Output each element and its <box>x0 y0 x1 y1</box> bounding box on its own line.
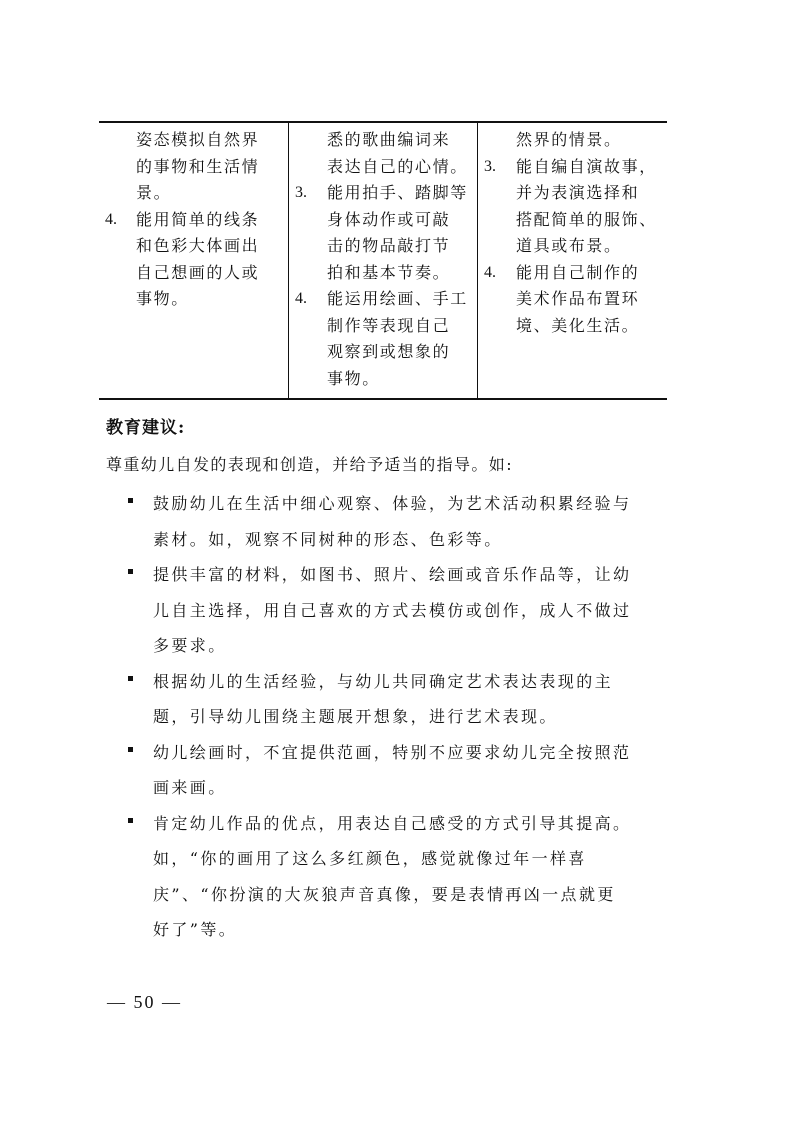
section-heading: 教育建议: <box>106 413 185 438</box>
table-line: 和色彩大体画出 <box>99 233 288 260</box>
table-line: 境、美化生活。 <box>478 313 667 340</box>
bullet-square-icon <box>128 818 133 823</box>
suggestion-list: 鼓励幼儿在生活中细心观察、体验，为艺术活动积累经验与 素材。如，观察不同树种的形… <box>106 486 676 948</box>
table-column-1: 姿态模拟自然界 的事物和生活情 景。 4.能用简单的线条 和色彩大体画出 自己想… <box>99 123 288 398</box>
table-line: 制作等表现自己 <box>289 313 477 340</box>
bullet-square-icon <box>128 498 133 503</box>
list-item: 幼儿绘画时，不宜提供范画，特别不应要求幼儿完全按照范 画来画。 <box>106 735 676 806</box>
table-column-3: 然界的情景。 3.能自编自演故事， 并为表演选择和 搭配简单的服饰、 道具或布景… <box>477 123 667 398</box>
bullet-square-icon <box>128 747 133 752</box>
table-line: 击的物品敲打节 <box>289 233 477 260</box>
section-intro: 尊重幼儿自发的表现和创造，并给予适当的指导。如: <box>106 452 513 475</box>
table-line: 自己想画的人或 <box>99 260 288 287</box>
table-line: 表达自己的心情。 <box>289 154 477 181</box>
table-line: 然界的情景。 <box>478 127 667 154</box>
table-line: 美术作品布置环 <box>478 286 667 313</box>
table-line: 事物。 <box>289 366 477 393</box>
list-item: 鼓励幼儿在生活中细心观察、体验，为艺术活动积累经验与 素材。如，观察不同树种的形… <box>106 486 676 557</box>
table-line: 4.能运用绘画、手工 <box>289 286 477 313</box>
table-line: 并为表演选择和 <box>478 180 667 207</box>
table-line: 搭配简单的服饰、 <box>478 207 667 234</box>
list-item: 提供丰富的材料，如图书、照片、绘画或音乐作品等，让幼 儿自主选择，用自己喜欢的方… <box>106 557 676 664</box>
goals-table: 姿态模拟自然界 的事物和生活情 景。 4.能用简单的线条 和色彩大体画出 自己想… <box>99 121 667 400</box>
list-item: 根据幼儿的生活经验，与幼儿共同确定艺术表达表现的主 题，引导幼儿围绕主题展开想象… <box>106 664 676 735</box>
table-line: 的事物和生活情 <box>99 154 288 181</box>
table-line: 姿态模拟自然界 <box>99 127 288 154</box>
bullet-square-icon <box>128 676 133 681</box>
table-line: 事物。 <box>99 286 288 313</box>
table-line: 景。 <box>99 180 288 207</box>
table-line: 4.能用简单的线条 <box>99 207 288 234</box>
page-number: — 50 — <box>107 992 182 1013</box>
table-line: 拍和基本节奏。 <box>289 260 477 287</box>
table-line: 3.能自编自演故事， <box>478 154 667 181</box>
bullet-square-icon <box>128 569 133 574</box>
table-line: 4.能用自己制作的 <box>478 260 667 287</box>
table-line: 身体动作或可敲 <box>289 207 477 234</box>
table-line: 3.能用拍手、踏脚等 <box>289 180 477 207</box>
list-item: 肯定幼儿作品的优点，用表达自己感受的方式引导其提高。 如，“你的画用了这么多红颜… <box>106 806 676 948</box>
table-line: 道具或布景。 <box>478 233 667 260</box>
table-line: 悉的歌曲编词来 <box>289 127 477 154</box>
table-column-2: 悉的歌曲编词来 表达自己的心情。 3.能用拍手、踏脚等 身体动作或可敲 击的物品… <box>288 123 477 398</box>
table-line: 观察到或想象的 <box>289 339 477 366</box>
